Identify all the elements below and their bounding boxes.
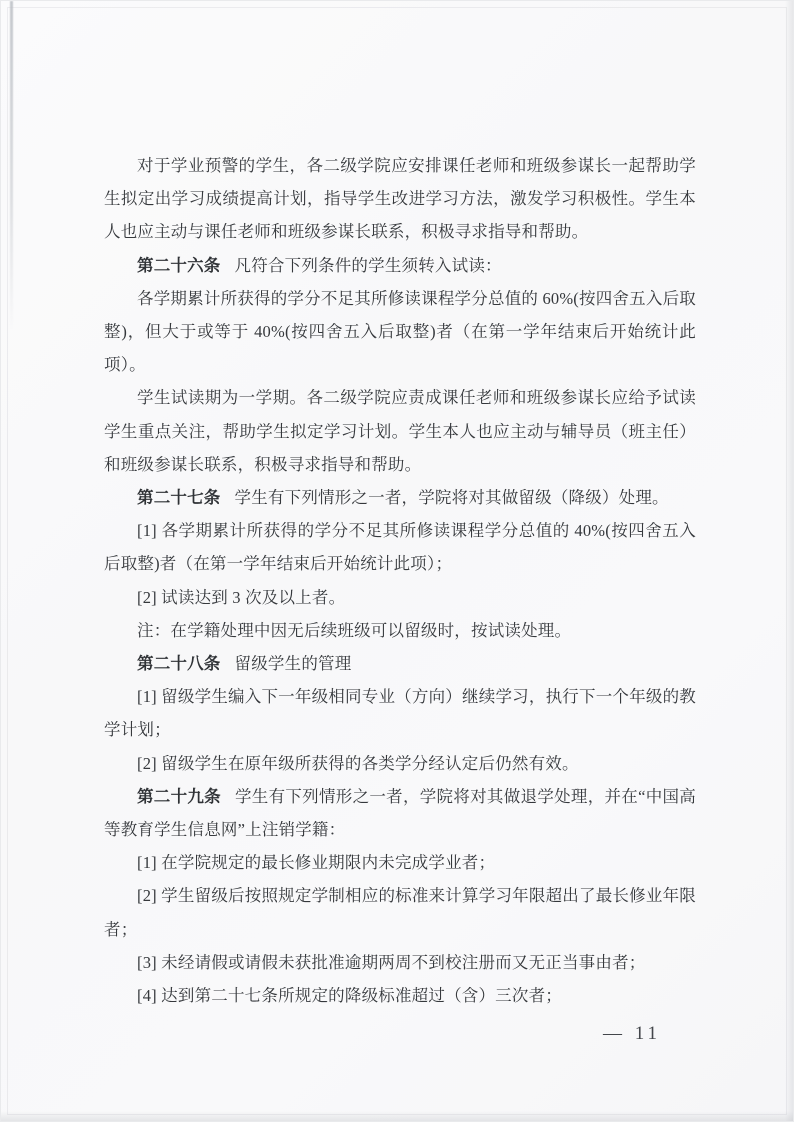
article-number: 第二十八条: [137, 654, 221, 673]
scan-edge-artifact: [10, 1, 13, 331]
scan-edge-shadow-bottom: [1, 1111, 793, 1121]
paragraph-text: 对于学业预警的学生，各二级学院应安排课任老师和班级参谋长一起帮助学生拟定出学习成…: [104, 156, 696, 241]
paragraph-text: 学生有下列情形之一者，学院将对其做留级（降级）处理。: [235, 488, 669, 507]
paragraph-text: [2] 试读达到 3 次及以上者。: [137, 588, 345, 607]
paragraph-text: [1] 在学院规定的最长修业期限内未完成学业者；: [137, 853, 495, 872]
paragraph-text: 学生试读期为一学期。各二级学院应责成课任老师和班级参谋长应给予试读学生重点关注，…: [104, 388, 696, 473]
body-paragraph: [1] 各学期累计所获得的学分不足其所修读课程学分总值的 40%(按四舍五入后取…: [104, 514, 696, 580]
article-number: 第二十九条: [137, 787, 221, 806]
paragraph-text: [1] 留级学生编入下一年级相同专业（方向）继续学习，执行下一个年级的教学计划；: [104, 687, 696, 739]
paragraph-text: [3] 未经请假或请假未获批准逾期两周不到校注册而又无正当事由者；: [137, 953, 645, 972]
paragraph-text: 凡符合下列条件的学生须转入试读：: [235, 256, 502, 275]
page-number: — 11: [603, 1023, 661, 1045]
body-paragraph: [2] 试读达到 3 次及以上者。: [104, 581, 696, 614]
document-body: 对于学业预警的学生，各二级学院应安排课任老师和班级参谋长一起帮助学生拟定出学习成…: [104, 149, 696, 1012]
body-paragraph: 注：在学籍处理中因无后续班级可以留级时，按试读处理。: [104, 614, 696, 647]
paragraph-text: [2] 学生留级后按照规定学制相应的标准来计算学习年限超出了最长修业年限者；: [104, 886, 696, 938]
body-paragraph: [3] 未经请假或请假未获批准逾期两周不到校注册而又无正当事由者；: [104, 946, 696, 979]
article-paragraph: 第二十七条学生有下列情形之一者，学院将对其做留级（降级）处理。: [104, 481, 696, 514]
paragraph-text: [2] 留级学生在原年级所获得的各类学分经认定后仍然有效。: [137, 754, 579, 773]
paragraph-text: [4] 达到第二十七条所规定的降级标准超过（含）三次者；: [137, 986, 562, 1005]
scanned-document-page: 对于学业预警的学生，各二级学院应安排课任老师和班级参谋长一起帮助学生拟定出学习成…: [0, 0, 794, 1122]
body-paragraph: [4] 达到第二十七条所规定的降级标准超过（含）三次者；: [104, 979, 696, 1012]
article-paragraph: 第二十六条凡符合下列条件的学生须转入试读：: [104, 249, 696, 282]
article-paragraph: 第二十九条学生有下列情形之一者，学院将对其做退学处理，并在“中国高等教育学生信息…: [104, 780, 696, 846]
body-paragraph: 学生试读期为一学期。各二级学院应责成课任老师和班级参谋长应给予试读学生重点关注，…: [104, 381, 696, 481]
body-paragraph: 对于学业预警的学生，各二级学院应安排课任老师和班级参谋长一起帮助学生拟定出学习成…: [104, 149, 696, 249]
body-paragraph: [2] 学生留级后按照规定学制相应的标准来计算学习年限超出了最长修业年限者；: [104, 879, 696, 945]
paragraph-text: 注：在学籍处理中因无后续班级可以留级时，按试读处理。: [137, 621, 571, 640]
paragraph-text: 各学期累计所获得的学分不足其所修读课程学分总值的 60%(按四舍五入后取整)，但…: [104, 289, 696, 374]
article-paragraph: 第二十八条留级学生的管理: [104, 647, 696, 680]
scan-edge-shadow-right: [785, 1, 793, 1121]
body-paragraph: 各学期累计所获得的学分不足其所修读课程学分总值的 60%(按四舍五入后取整)，但…: [104, 282, 696, 382]
body-paragraph: [1] 在学院规定的最长修业期限内未完成学业者；: [104, 846, 696, 879]
body-paragraph: [1] 留级学生编入下一年级相同专业（方向）继续学习，执行下一个年级的教学计划；: [104, 680, 696, 746]
article-number: 第二十六条: [137, 256, 221, 275]
body-paragraph: [2] 留级学生在原年级所获得的各类学分经认定后仍然有效。: [104, 747, 696, 780]
paragraph-text: 留级学生的管理: [235, 654, 352, 673]
article-number: 第二十七条: [137, 488, 221, 507]
paragraph-text: [1] 各学期累计所获得的学分不足其所修读课程学分总值的 40%(按四舍五入后取…: [104, 521, 696, 573]
